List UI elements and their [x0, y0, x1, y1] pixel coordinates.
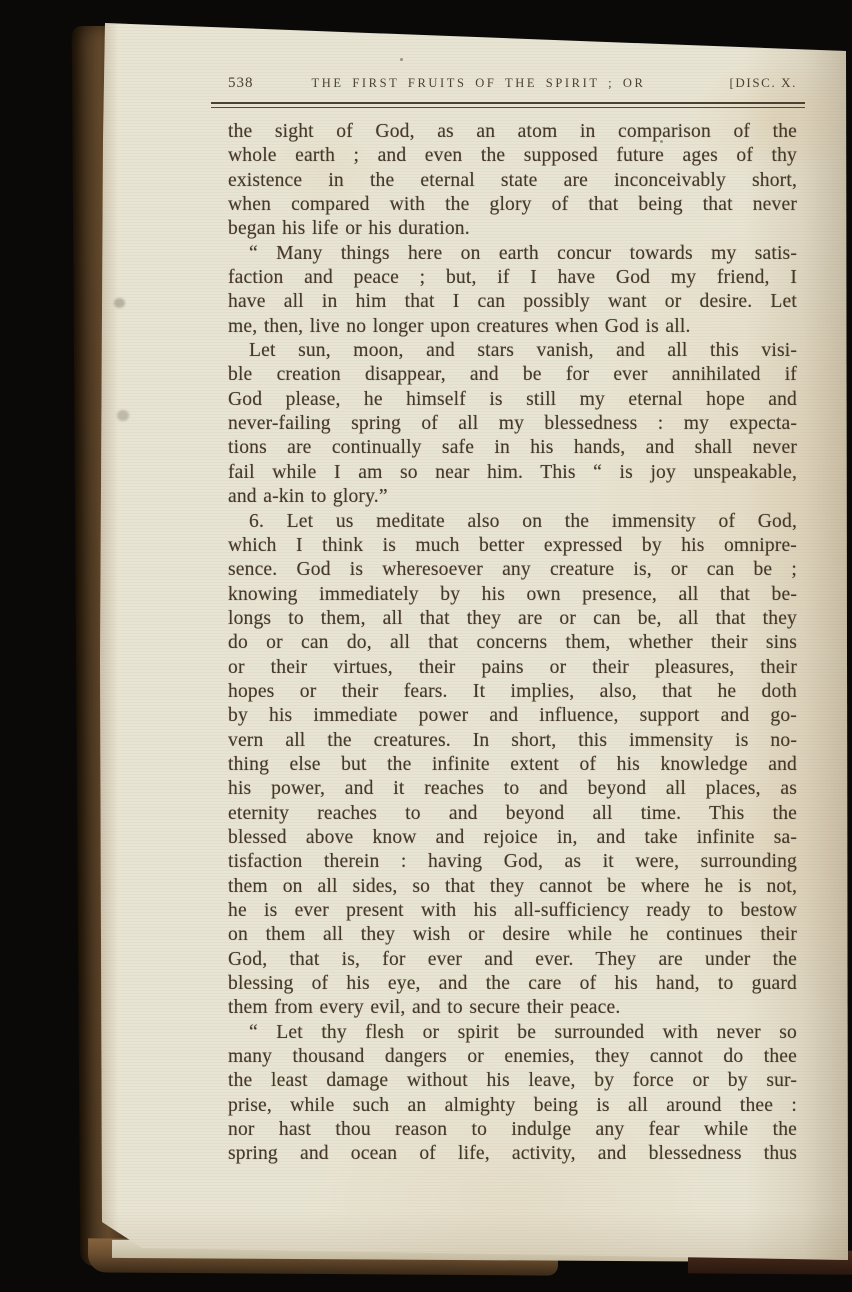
running-title: THE FIRST FRUITS OF THE SPIRIT ; OR	[254, 76, 730, 91]
book-page: 538 THE FIRST FRUITS OF THE SPIRIT ; OR …	[100, 20, 848, 1261]
text-line: he is ever present with his all-sufficie…	[228, 899, 797, 923]
text-line: the least damage without his leave, by f…	[228, 1069, 797, 1093]
text-line: vern all the creatures. In short, this i…	[228, 729, 797, 753]
text-line: whole earth ; and even the supposed futu…	[228, 144, 797, 168]
text-line: when compared with the glory of that bei…	[228, 193, 797, 217]
text-line: 6. Let us meditate also on the immensity…	[228, 510, 797, 534]
text-line: his power, and it reaches to and beyond …	[228, 777, 797, 801]
text-line: prise, while such an almighty being is a…	[228, 1094, 797, 1118]
text-line: many thousand dangers or enemies, they c…	[228, 1045, 797, 1069]
text-line: which I think is much better expressed b…	[228, 534, 797, 558]
section-label: [DISC. X.	[730, 75, 798, 91]
text-line: longs to them, all that they are or can …	[228, 607, 797, 631]
text-line: tions are continually safe in his hands,…	[228, 436, 797, 460]
text-line: nor hast thou reason to indulge any fear…	[228, 1118, 797, 1142]
text-line: existence in the eternal state are incon…	[228, 169, 797, 193]
text-line: faction and peace ; but, if I have God m…	[228, 266, 797, 290]
page-header: 538 THE FIRST FRUITS OF THE SPIRIT ; OR …	[228, 75, 797, 97]
text-line: do or can do, all that concerns them, wh…	[228, 631, 797, 655]
text-line: sence. God is wheresoever any creature i…	[228, 558, 797, 582]
page-number: 538	[228, 75, 254, 92]
text-line: me, then, live no longer upon creatures …	[228, 315, 797, 339]
text-line: tisfaction therein : having God, as it w…	[228, 850, 797, 874]
text-line: knowing immediately by his own presence,…	[228, 583, 797, 607]
text-line: have all in him that I can possibly want…	[228, 290, 797, 314]
text-line: began his life or his duration.	[228, 217, 797, 241]
text-line: God please, he himself is still my etern…	[228, 388, 797, 412]
text-line: fail while I am so near him. This “ is j…	[228, 461, 797, 485]
text-line: spring and ocean of life, activity, and …	[228, 1142, 797, 1166]
text-line: by his immediate power and influence, su…	[228, 704, 797, 728]
double-rule	[211, 102, 805, 108]
page-smudge	[114, 298, 125, 308]
ink-speck	[400, 58, 403, 61]
text-line: never-failing spring of all my blessedne…	[228, 412, 797, 436]
text-line: and a-kin to glory.”	[228, 485, 797, 509]
text-line: “ Many things here on earth concur towar…	[228, 242, 797, 266]
text-line: thing else but the infinite extent of hi…	[228, 753, 797, 777]
page-smudge	[117, 410, 129, 421]
text-line: God, that is, for ever and ever. They ar…	[228, 948, 797, 972]
text-line: ble creation disappear, and be for ever …	[228, 363, 797, 387]
text-line: “ Let thy flesh or spirit be surrounded …	[228, 1021, 797, 1045]
text-line: Let sun, moon, and stars vanish, and all…	[228, 339, 797, 363]
rule-thin-line	[211, 107, 805, 108]
text-line: them on all sides, so that they cannot b…	[228, 875, 797, 899]
text-line: or their virtues, their pains or their p…	[228, 656, 797, 680]
text-line: eternity reaches to and beyond all time.…	[228, 802, 797, 826]
text-line: blessed above know and rejoice in, and t…	[228, 826, 797, 850]
text-line: the sight of God, as an atom in comparis…	[228, 120, 797, 144]
rule-thick-line	[211, 102, 805, 104]
text-line: blessing of his eye, and the care of his…	[228, 972, 797, 996]
text-line: them from every evil, and to secure thei…	[228, 996, 797, 1020]
text-line: hopes or their fears. It implies, also, …	[228, 680, 797, 704]
text-line: on them all they wish or desire while he…	[228, 923, 797, 947]
text-body: the sight of God, as an atom in comparis…	[228, 120, 797, 1167]
